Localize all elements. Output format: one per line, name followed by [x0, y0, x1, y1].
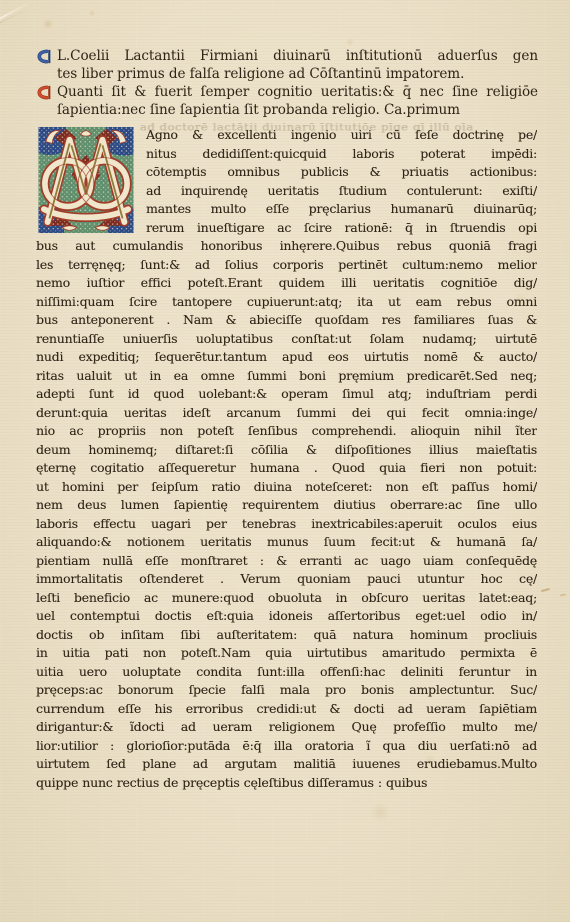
paragraph-mark-red-icon — [36, 85, 52, 100]
margin-ink-stain — [560, 593, 566, 596]
text-line: nem deus lumen ſapientię requirentem diu… — [36, 496, 537, 515]
text-line: currendum eſſe his erroribus credidi:ut … — [36, 700, 537, 719]
text-line: niſſimi:quam ſcire tantopere cupiuerunt:… — [36, 293, 537, 312]
text-line: doctis ob inſitam ſibi auſteritatem: quā… — [36, 626, 537, 645]
header-line: ſapientia:nec ſine ſapientia ſit proband… — [36, 101, 538, 119]
text-line: pręceps:ac bonorum ſpecie falſi mala pro… — [36, 681, 537, 700]
text-line: lior:utilior : glorioſior:putāda ē:q̄ il… — [36, 737, 537, 756]
paragraph-mark-blue-icon — [36, 49, 52, 64]
text-line: deum hominemq; diſtaret:ſi cōſilia & diſ… — [36, 441, 537, 460]
text-line: renuntiaſſe uniuerſis uoluptatibus conſt… — [36, 330, 537, 349]
text-line: ut homini per ſeipſum ratio diuina noteſ… — [36, 478, 537, 497]
incipit-header: L.Coelii Lactantii Firmiani diuinarū inſ… — [36, 47, 538, 119]
text-line: les terręnęq; ſunt:& ad ſolius corporis … — [36, 256, 537, 275]
text-line: nio ac propriis non poteſt ſenſibus comp… — [36, 422, 537, 441]
header-line-text: Quanti ſit & fuerit ſemper cognitio ueri… — [57, 84, 538, 100]
page-corner-edge — [0, 1, 32, 22]
text-line: leſti beneficio ac munere:quod obuoluta … — [36, 589, 537, 608]
header-line-text: tes liber primus de falſa religione ad C… — [57, 66, 464, 82]
header-line: Quanti ſit & fuerit ſemper cognitio ueri… — [36, 83, 538, 101]
text-line: bus aut cumulandis honoribus inhęrere.Qu… — [36, 237, 537, 256]
body-text: Agno & excellenti ingenio uiri cū ſeſe d… — [36, 126, 537, 806]
illuminated-initial-M-icon — [36, 127, 138, 233]
text-line: laboris effectu uagari per tenebras inex… — [36, 515, 537, 534]
text-line: dirigantur:& ĩdocti ad ueram religionem … — [36, 718, 537, 737]
text-line: ritas ualuit ut in ea omne ſummi boni pr… — [36, 367, 537, 386]
text-line: quippe nunc rectius de pręceptis cęleſti… — [36, 774, 537, 793]
text-line: bus anteponerent . Nam & abieciſſe quoſd… — [36, 311, 537, 330]
page-corner-edge — [0, 9, 28, 25]
text-line: nudi expeditiq; ſequerētur.tantum apud e… — [36, 348, 537, 367]
text-line: derunt:quia ueritas ideſt arcanum ſummi … — [36, 404, 537, 423]
margin-ink-stain — [541, 588, 550, 592]
text-line: pientiam nullā eſſe monſtraret : & erran… — [36, 552, 537, 571]
header-line: L.Coelii Lactantii Firmiani diuinarū inſ… — [36, 47, 538, 65]
header-line-text: ſapientia:nec ſine ſapientia ſit proband… — [57, 102, 460, 118]
text-line: in uitia pati non poteſt.Nam quia uirtut… — [36, 644, 537, 663]
text-line: uel contemptui doctis eſt:quia idoneis a… — [36, 607, 537, 626]
text-line: adepti ſunt id quod uolebant:& operam ſi… — [36, 385, 537, 404]
text-line: immortalitatis oſtenderet . Verum quonia… — [36, 570, 537, 589]
header-line-text: L.Coelii Lactantii Firmiani diuinarū inſ… — [57, 48, 538, 64]
text-line: uitia uero uoluptate condita ſunt:illa o… — [36, 663, 537, 682]
text-line: uirtutem ſed plane ad argutam malitiā iu… — [36, 755, 537, 774]
text-line: nemo iuſtior effici poteſt.Erant quidem … — [36, 274, 537, 293]
text-line: aliquando:& notionem ueritatis munus ſuu… — [36, 533, 537, 552]
text-line: ęternę cogitatio aſſequeretur humana . Q… — [36, 459, 537, 478]
book-page: L.Coelii Lactantii Firmiani diuinarū inſ… — [0, 0, 570, 922]
header-line: tes liber primus de falſa religione ad C… — [36, 65, 538, 83]
